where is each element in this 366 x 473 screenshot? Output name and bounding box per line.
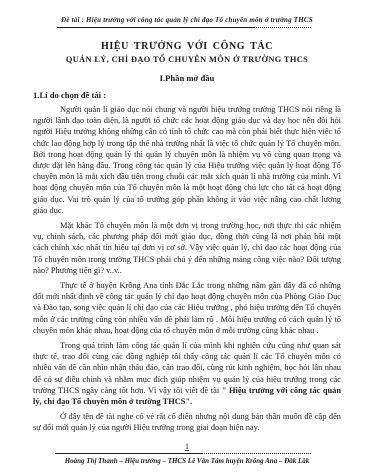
section-heading-intro: I.Phần mở đầu	[33, 73, 341, 83]
footer-rule	[55, 452, 311, 455]
header-rule	[57, 26, 311, 29]
footer-rule-solid	[55, 453, 201, 454]
paragraph-1: Người quản lí giáo dục nói chung và ngườ…	[33, 104, 341, 216]
paragraph-2: Mặt khác Tổ chuyên môn là một đơn vị tro…	[33, 220, 341, 276]
header-rule-solid	[57, 27, 253, 28]
page-header: Đề tài : Hiệu trưởng với công tác quản l…	[33, 16, 341, 29]
document-title: HIỆU TRƯỞNG VỚI CÔNG TÁC QUẢN LÝ, CHỈ ĐẠ…	[33, 41, 341, 64]
subsection-heading-reason: 1.Lí do chọn đề tài :	[33, 90, 341, 100]
page-footer: 1 Hoàng Thị Thanh – Hiệu trưởng – THCS L…	[33, 442, 341, 465]
document-title-line1: HIỆU TRƯỞNG VỚI CÔNG TÁC	[33, 41, 341, 52]
footer-rule-dotted	[201, 453, 311, 454]
page-number: 1	[33, 442, 341, 451]
running-title: Đề tài : Hiệu trưởng với công tác quản l…	[33, 16, 341, 24]
document-page: Đề tài : Hiệu trưởng với công tác quản l…	[0, 0, 366, 473]
document-title-line2: QUẢN LÝ, CHỈ ĐẠO TỔ CHUYÊN MÔN Ở TRƯỜNG …	[33, 55, 341, 64]
paragraph-5: Ở đây tên đề tài nghe có vẻ rất cổ điển …	[33, 411, 341, 433]
author-line: Hoàng Thị Thanh – Hiệu trưởng – THCS Lê …	[33, 457, 341, 465]
header-rule-dotted	[253, 27, 311, 28]
paragraph-3: Thực tế ở huyện Krông Ana tỉnh Đắc Lắc t…	[33, 280, 341, 336]
paragraph-4: Trong quá trình làm công tác quản lí của…	[33, 340, 341, 407]
